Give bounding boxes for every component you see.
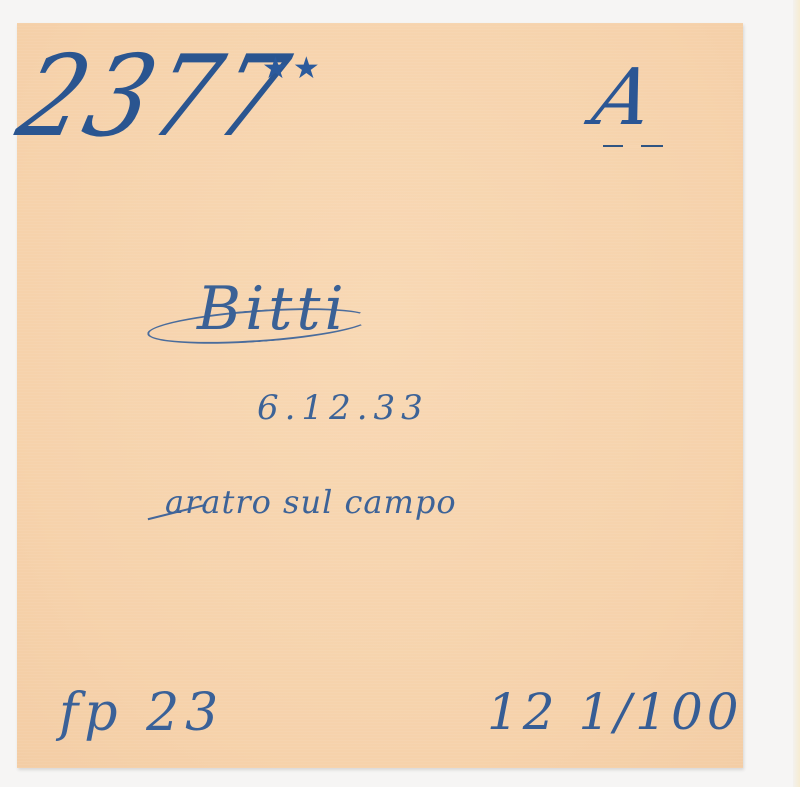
grade-underline	[603, 145, 663, 150]
location-name: Bitti	[197, 279, 348, 339]
exposure-ratio: 12 1/100	[487, 683, 743, 741]
archive-card: 2377 ★★ A Bitti 6.12.33 ​ aratro sul cam…	[17, 23, 743, 768]
adjacent-card-edge	[793, 0, 800, 787]
date: 6.12.33	[257, 388, 429, 428]
reference-code: fp 23	[59, 683, 224, 743]
star-marks-icon: ★★	[262, 51, 324, 86]
catalog-number: 2377	[9, 41, 299, 153]
grade-letter: A	[587, 59, 660, 137]
subject-description: aratro sul campo	[165, 483, 457, 521]
